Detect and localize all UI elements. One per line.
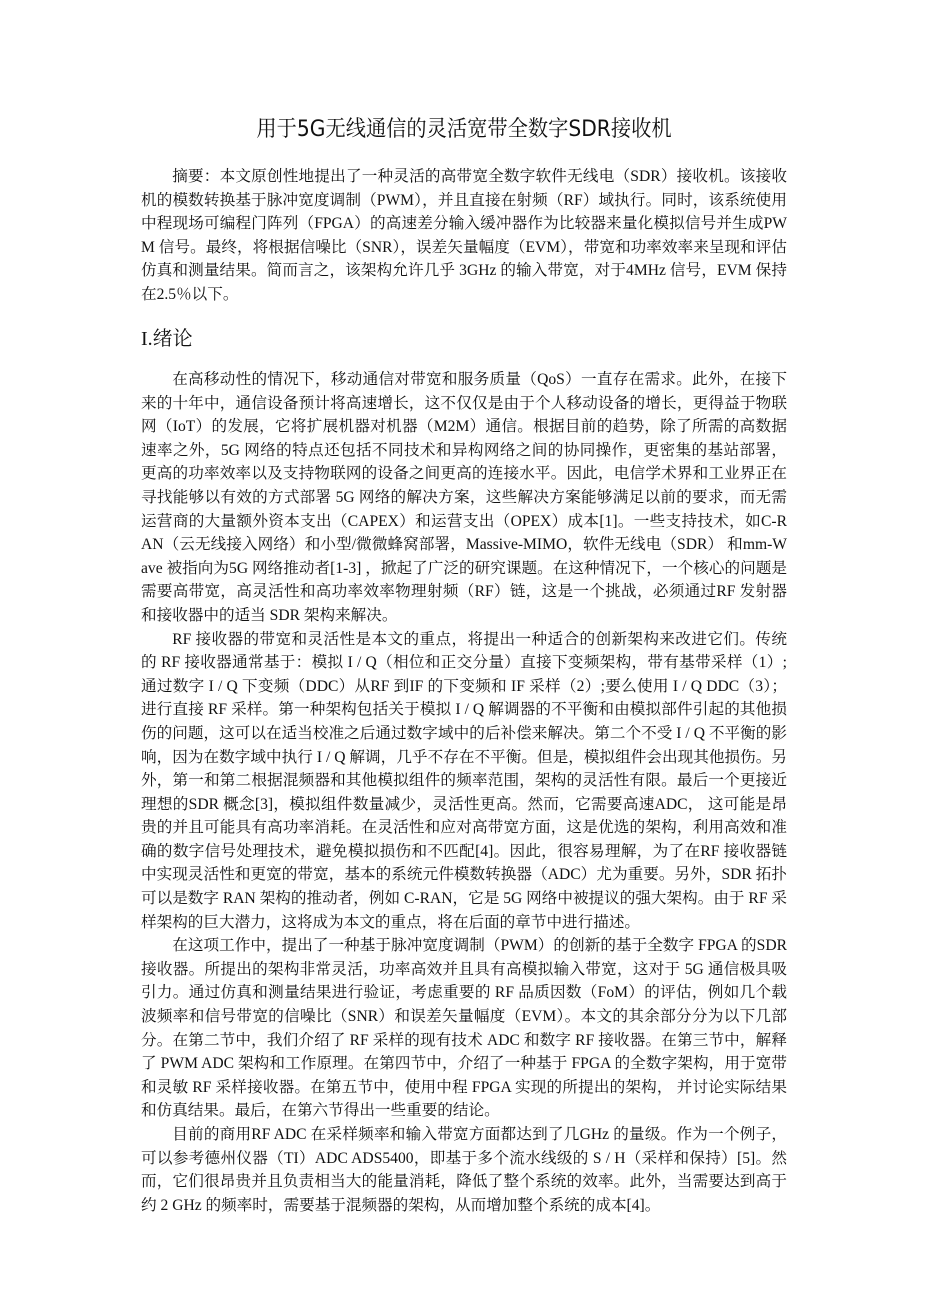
section-heading-introduction: I.绪论 <box>141 322 193 351</box>
paragraph: RF 接收器的带宽和灵活性是本文的重点，将提出一种适合的创新架构来改进它们。传统… <box>141 628 787 935</box>
abstract-text: 摘要：本文原创性地提出了一种灵活的高带宽全数字软件无线电（SDR）接收机。该接收… <box>141 165 787 307</box>
paper-title: 用于5G无线通信的灵活宽带全数字SDR接收机 <box>167 112 761 143</box>
paragraph: 在高移动性的情况下，移动通信对带宽和服务质量（QoS）一直存在需求。此外，在接下… <box>141 368 787 628</box>
section-introduction-body: 在高移动性的情况下，移动通信对带宽和服务质量（QoS）一直存在需求。此外，在接下… <box>141 368 787 1217</box>
paragraph: 在这项工作中，提出了一种基于脉冲宽度调制（PWM）的创新的基于全数字 FPGA … <box>141 934 787 1123</box>
paragraph: 目前的商用RF ADC 在采样频率和输入带宽方面都达到了几GHz 的量级。作为一… <box>141 1123 787 1217</box>
abstract: 摘要：本文原创性地提出了一种灵活的高带宽全数字软件无线电（SDR）接收机。该接收… <box>141 165 787 307</box>
